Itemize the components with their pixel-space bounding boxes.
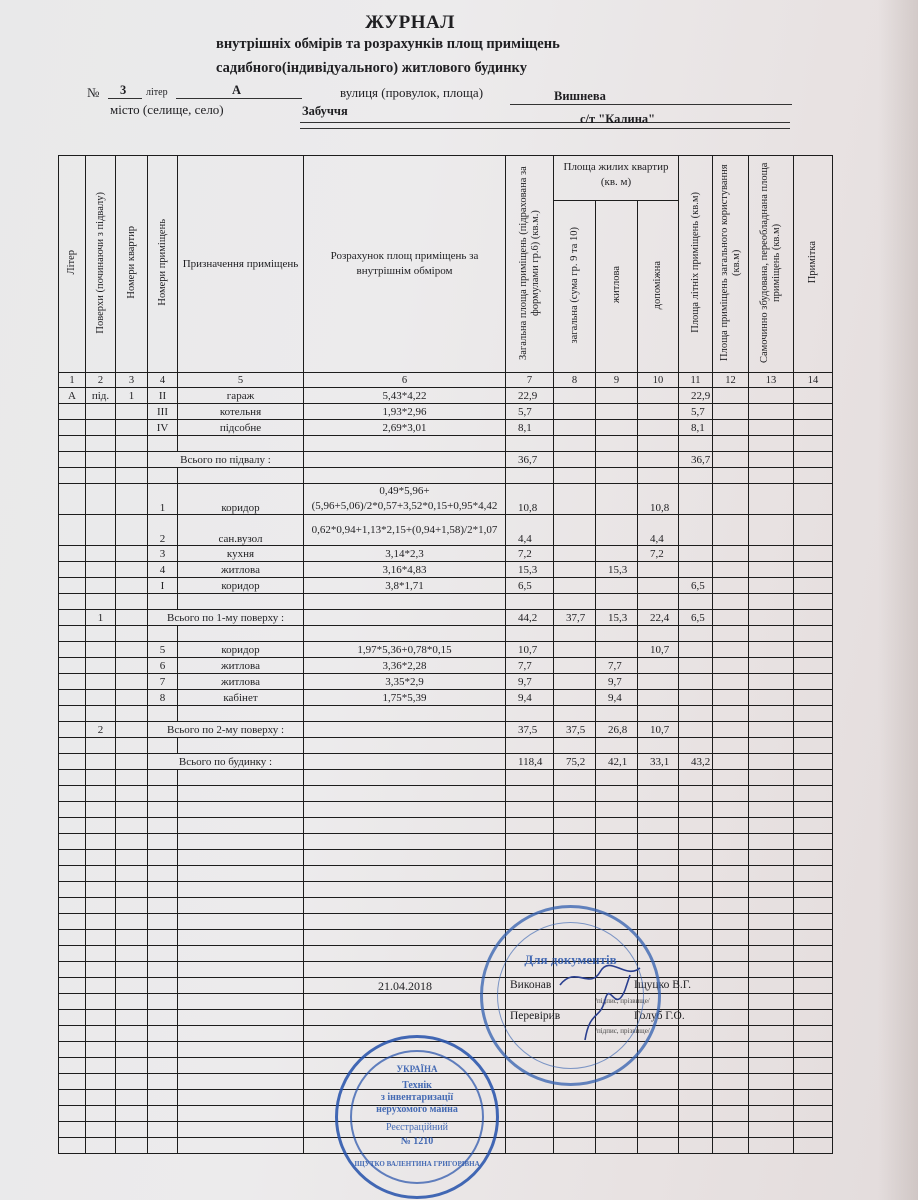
header-total-area-text: Загальна площа приміщень (підрахована за… bbox=[518, 156, 542, 371]
table-cell bbox=[116, 834, 148, 850]
table-cell bbox=[749, 1042, 794, 1058]
technician-stamp-icon: УКРАЇНА Технік з інвентаризації нерухомо… bbox=[335, 1035, 499, 1199]
table-cell bbox=[86, 706, 116, 722]
table-cell bbox=[116, 1042, 148, 1058]
table-cell bbox=[116, 722, 148, 738]
table-cell bbox=[59, 484, 86, 515]
table-cell: 6,5 bbox=[506, 578, 554, 594]
table-cell bbox=[148, 786, 178, 802]
table-cell bbox=[679, 706, 713, 722]
column-number: 11 bbox=[679, 373, 713, 388]
column-number: 2 bbox=[86, 373, 116, 388]
table-cell bbox=[794, 1010, 833, 1026]
blank-row bbox=[59, 594, 833, 610]
table-cell bbox=[178, 930, 304, 946]
column-numbers-row: 1234567891011121314 bbox=[59, 373, 833, 388]
table-cell bbox=[749, 642, 794, 658]
table-cell bbox=[749, 610, 794, 626]
table-cell bbox=[713, 1026, 749, 1042]
table-cell bbox=[86, 834, 116, 850]
table-cell bbox=[713, 786, 749, 802]
table-cell bbox=[794, 1122, 833, 1138]
table-cell: 1,75*5,39 bbox=[304, 690, 506, 706]
table-cell bbox=[554, 484, 596, 515]
table-cell bbox=[596, 1122, 638, 1138]
table-cell bbox=[638, 388, 679, 404]
table-cell bbox=[304, 436, 506, 452]
table-cell bbox=[506, 786, 554, 802]
table-cell: IV bbox=[148, 420, 178, 436]
table-cell bbox=[554, 882, 596, 898]
table-row: Апід.1IIгараж5,43*4,2222,922,9 bbox=[59, 388, 833, 404]
table-cell bbox=[794, 484, 833, 515]
table-cell bbox=[86, 1042, 116, 1058]
table-cell bbox=[554, 802, 596, 818]
street-underline bbox=[510, 104, 792, 105]
table-cell bbox=[749, 946, 794, 962]
table-cell: II bbox=[148, 388, 178, 404]
table-cell bbox=[679, 738, 713, 754]
table-cell bbox=[638, 850, 679, 866]
table-cell bbox=[304, 468, 506, 484]
table-cell bbox=[794, 562, 833, 578]
table-row: 7житлова3,35*2,99,79,7 bbox=[59, 674, 833, 690]
table-cell bbox=[713, 484, 749, 515]
table-cell bbox=[749, 674, 794, 690]
table-cell: 8,1 bbox=[506, 420, 554, 436]
stamp1-center-text: Для документів bbox=[483, 952, 658, 968]
table-cell: 10,8 bbox=[638, 484, 679, 515]
table-cell bbox=[304, 994, 506, 1010]
table-cell: 2 bbox=[86, 722, 116, 738]
table-cell bbox=[59, 594, 86, 610]
table-cell bbox=[304, 1010, 506, 1026]
table-cell bbox=[596, 436, 638, 452]
city-label: місто (селище, село) bbox=[110, 102, 224, 118]
table-cell bbox=[554, 738, 596, 754]
table-cell bbox=[596, 388, 638, 404]
table-cell bbox=[59, 658, 86, 674]
table-cell bbox=[749, 404, 794, 420]
table-cell bbox=[116, 674, 148, 690]
table-cell bbox=[148, 1026, 178, 1042]
table-cell bbox=[679, 546, 713, 562]
column-number: 3 bbox=[116, 373, 148, 388]
table-cell bbox=[794, 818, 833, 834]
table-cell bbox=[749, 1090, 794, 1106]
cooperative-underline bbox=[300, 128, 790, 129]
table-cell bbox=[116, 786, 148, 802]
table-cell bbox=[554, 674, 596, 690]
table-cell: 7,7 bbox=[506, 658, 554, 674]
table-cell bbox=[713, 1074, 749, 1090]
table-cell bbox=[148, 1074, 178, 1090]
table-cell bbox=[59, 420, 86, 436]
table-cell bbox=[679, 722, 713, 738]
header-unauthorized-text: Самочинно збудована, переобладнана площа… bbox=[759, 156, 783, 371]
table-cell bbox=[713, 546, 749, 562]
table-cell bbox=[554, 515, 596, 546]
table-cell bbox=[116, 866, 148, 882]
table-cell: 37,5 bbox=[554, 722, 596, 738]
empty-row bbox=[59, 866, 833, 882]
header-auxiliary: допоміжна bbox=[638, 201, 679, 373]
table-cell bbox=[596, 802, 638, 818]
table-cell bbox=[554, 850, 596, 866]
header-living-apartments-group: Площа жилих квартир (кв. м) bbox=[554, 156, 679, 201]
table-cell bbox=[713, 626, 749, 642]
table-cell bbox=[148, 802, 178, 818]
table-cell: 3,35*2,9 bbox=[304, 674, 506, 690]
empty-row bbox=[59, 786, 833, 802]
table-cell: 5,43*4,22 bbox=[304, 388, 506, 404]
table-cell bbox=[638, 404, 679, 420]
table-cell bbox=[554, 594, 596, 610]
table-cell bbox=[554, 1122, 596, 1138]
table-cell bbox=[86, 962, 116, 978]
stamp2-line5: Реєстраційний bbox=[338, 1122, 496, 1133]
table-cell bbox=[178, 978, 304, 994]
table-cell bbox=[794, 786, 833, 802]
table-cell bbox=[148, 850, 178, 866]
table-cell bbox=[749, 515, 794, 546]
table-cell bbox=[638, 690, 679, 706]
table-cell: 44,2 bbox=[506, 610, 554, 626]
table-cell bbox=[116, 802, 148, 818]
table-cell bbox=[679, 914, 713, 930]
table-cell bbox=[86, 1026, 116, 1042]
table-cell bbox=[713, 818, 749, 834]
table-cell bbox=[749, 994, 794, 1010]
table-cell bbox=[304, 930, 506, 946]
table-cell bbox=[638, 706, 679, 722]
table-cell bbox=[86, 674, 116, 690]
table-cell bbox=[59, 914, 86, 930]
city-underline bbox=[300, 122, 790, 123]
table-cell bbox=[554, 626, 596, 642]
table-cell bbox=[304, 962, 506, 978]
table-cell bbox=[506, 1106, 554, 1122]
table-cell bbox=[596, 1106, 638, 1122]
table-cell bbox=[749, 706, 794, 722]
table-cell bbox=[178, 1042, 304, 1058]
table-cell: 1,97*5,36+0,78*0,15 bbox=[304, 642, 506, 658]
table-cell bbox=[86, 946, 116, 962]
table-cell bbox=[713, 978, 749, 994]
table-cell bbox=[713, 1122, 749, 1138]
empty-row bbox=[59, 818, 833, 834]
table-cell bbox=[506, 818, 554, 834]
table-cell bbox=[638, 452, 679, 468]
table-cell bbox=[86, 546, 116, 562]
table-cell bbox=[596, 738, 638, 754]
table-cell bbox=[59, 562, 86, 578]
table-cell bbox=[638, 578, 679, 594]
table-cell bbox=[794, 594, 833, 610]
header-floors: Поверхи (починаючи з підвалу) bbox=[86, 156, 116, 373]
empty-row bbox=[59, 898, 833, 914]
table-row: 2сан.вузол0,62*0,94+1,13*2,15+(0,94+1,58… bbox=[59, 515, 833, 546]
table-cell bbox=[794, 946, 833, 962]
table-cell bbox=[116, 1058, 148, 1074]
table-cell bbox=[59, 674, 86, 690]
table-cell bbox=[148, 882, 178, 898]
table-cell bbox=[638, 786, 679, 802]
table-cell bbox=[116, 562, 148, 578]
table-cell bbox=[596, 578, 638, 594]
table-cell bbox=[749, 818, 794, 834]
table-cell bbox=[794, 658, 833, 674]
table-cell bbox=[794, 1090, 833, 1106]
page-edge-shadow bbox=[878, 0, 918, 1200]
table-cell bbox=[116, 914, 148, 930]
table-cell bbox=[86, 690, 116, 706]
table-cell bbox=[713, 674, 749, 690]
table-cell bbox=[116, 546, 148, 562]
stamp2-line4: нерухомого майна bbox=[338, 1104, 496, 1115]
header-living-text: житлова bbox=[611, 266, 623, 303]
table-cell bbox=[554, 404, 596, 420]
table-cell bbox=[638, 866, 679, 882]
table-cell: 43,2 bbox=[679, 754, 713, 770]
table-cell bbox=[679, 850, 713, 866]
table-cell bbox=[59, 1074, 86, 1090]
table-cell bbox=[713, 436, 749, 452]
table-cell bbox=[116, 898, 148, 914]
table-cell bbox=[638, 1106, 679, 1122]
table-cell bbox=[554, 786, 596, 802]
journal-subtitle-line1: внутрішніх обмірів та розрахунків площ п… bbox=[216, 36, 560, 53]
column-number: 14 bbox=[794, 373, 833, 388]
table-cell bbox=[554, 818, 596, 834]
table-row: IVпідсобне2,69*3,018,18,1 bbox=[59, 420, 833, 436]
table-cell bbox=[148, 626, 178, 642]
table-cell bbox=[59, 802, 86, 818]
journal-title: ЖУРНАЛ bbox=[0, 12, 820, 34]
table-cell bbox=[116, 994, 148, 1010]
table-cell bbox=[679, 898, 713, 914]
table-cell bbox=[554, 562, 596, 578]
table-cell: 5,7 bbox=[679, 404, 713, 420]
table-cell bbox=[59, 946, 86, 962]
table-cell bbox=[794, 978, 833, 994]
table-cell bbox=[713, 404, 749, 420]
column-number: 5 bbox=[178, 373, 304, 388]
table-cell bbox=[86, 626, 116, 642]
table-cell: 1 bbox=[116, 388, 148, 404]
table-cell bbox=[749, 898, 794, 914]
table-cell: котельня bbox=[178, 404, 304, 420]
table-cell bbox=[554, 546, 596, 562]
table-cell bbox=[679, 802, 713, 818]
table-cell bbox=[506, 738, 554, 754]
table-cell bbox=[59, 834, 86, 850]
column-number: 6 bbox=[304, 373, 506, 388]
table-cell bbox=[713, 1058, 749, 1074]
table-cell bbox=[679, 515, 713, 546]
table-cell: 7,2 bbox=[506, 546, 554, 562]
table-cell bbox=[749, 436, 794, 452]
table-cell bbox=[679, 962, 713, 978]
table-cell bbox=[59, 706, 86, 722]
table-cell bbox=[59, 994, 86, 1010]
table-cell: 3,14*2,3 bbox=[304, 546, 506, 562]
table-cell bbox=[596, 404, 638, 420]
table-cell bbox=[59, 1058, 86, 1074]
table-cell bbox=[86, 1010, 116, 1026]
table-cell bbox=[59, 1042, 86, 1058]
table-cell bbox=[304, 770, 506, 786]
journal-subtitle-line2: садибного(індивідуального) житлового буд… bbox=[216, 60, 527, 77]
header-apartments: Номери квартир bbox=[116, 156, 148, 373]
table-cell bbox=[713, 610, 749, 626]
table-cell bbox=[794, 1138, 833, 1154]
table-cell bbox=[148, 1106, 178, 1122]
table-cell bbox=[116, 930, 148, 946]
table-cell bbox=[679, 674, 713, 690]
table-cell bbox=[596, 866, 638, 882]
table-cell bbox=[749, 722, 794, 738]
table-cell bbox=[749, 420, 794, 436]
table-cell bbox=[713, 802, 749, 818]
table-cell bbox=[713, 834, 749, 850]
column-number: 13 bbox=[749, 373, 794, 388]
table-cell bbox=[86, 978, 116, 994]
table-cell bbox=[59, 1090, 86, 1106]
table-cell bbox=[713, 930, 749, 946]
table-cell bbox=[304, 818, 506, 834]
table-cell: житлова bbox=[178, 562, 304, 578]
table-cell bbox=[506, 866, 554, 882]
table-cell bbox=[749, 484, 794, 515]
total-label: Всього по будинку : bbox=[148, 754, 304, 770]
table-cell bbox=[794, 515, 833, 546]
table-cell bbox=[59, 610, 86, 626]
table-cell bbox=[178, 786, 304, 802]
table-cell bbox=[679, 1106, 713, 1122]
table-cell bbox=[794, 802, 833, 818]
table-cell bbox=[596, 850, 638, 866]
table-row: 5коридор1,97*5,36+0,78*0,1510,710,7 bbox=[59, 642, 833, 658]
table-cell bbox=[749, 594, 794, 610]
table-cell: 6 bbox=[148, 658, 178, 674]
table-cell bbox=[749, 578, 794, 594]
table-cell bbox=[116, 818, 148, 834]
table-cell bbox=[59, 626, 86, 642]
table-cell bbox=[86, 594, 116, 610]
table-cell bbox=[794, 898, 833, 914]
table-cell: III bbox=[148, 404, 178, 420]
table-cell bbox=[638, 626, 679, 642]
table-cell: коридор bbox=[178, 484, 304, 515]
column-number: 12 bbox=[713, 373, 749, 388]
stamp2-line1: УКРАЇНА bbox=[338, 1064, 496, 1074]
street-label: вулиця (провулок, площа) bbox=[340, 85, 483, 101]
table-cell bbox=[86, 658, 116, 674]
table-cell: 22,4 bbox=[638, 610, 679, 626]
table-cell bbox=[554, 420, 596, 436]
table-cell bbox=[679, 818, 713, 834]
table-cell bbox=[596, 786, 638, 802]
table-cell bbox=[713, 452, 749, 468]
table-cell bbox=[86, 770, 116, 786]
table-cell: 15,3 bbox=[596, 610, 638, 626]
table-cell bbox=[679, 770, 713, 786]
table-cell bbox=[86, 436, 116, 452]
table-cell bbox=[148, 930, 178, 946]
table-cell bbox=[178, 626, 304, 642]
table-row: IIIкотельня1,93*2,965,75,7 bbox=[59, 404, 833, 420]
table-cell bbox=[679, 468, 713, 484]
table-cell: 37,5 bbox=[506, 722, 554, 738]
table-cell bbox=[749, 1058, 794, 1074]
table-cell bbox=[679, 436, 713, 452]
table-cell bbox=[749, 754, 794, 770]
header-total-area: Загальна площа приміщень (підрахована за… bbox=[506, 156, 554, 373]
table-cell bbox=[713, 850, 749, 866]
table-cell bbox=[116, 962, 148, 978]
table-cell: 37,7 bbox=[554, 610, 596, 626]
table-cell bbox=[178, 1122, 304, 1138]
table-cell bbox=[116, 578, 148, 594]
table-cell bbox=[554, 770, 596, 786]
table-cell bbox=[59, 930, 86, 946]
table-row: 3кухня3,14*2,37,27,2 bbox=[59, 546, 833, 562]
header-area-calculation: Розрахунок площ приміщень за внутрішнім … bbox=[304, 156, 506, 373]
table-cell bbox=[794, 834, 833, 850]
table-cell bbox=[304, 706, 506, 722]
liter-label: літер bbox=[146, 87, 168, 98]
stamp2-name: ІЩУТКО ВАЛЕНТИНА ГРИГОРІВНА bbox=[338, 1160, 496, 1168]
table-cell bbox=[116, 690, 148, 706]
table-cell: 75,2 bbox=[554, 754, 596, 770]
table-cell: житлова bbox=[178, 658, 304, 674]
table-cell bbox=[794, 1074, 833, 1090]
table-cell bbox=[86, 452, 116, 468]
table-cell bbox=[59, 1026, 86, 1042]
table-cell bbox=[116, 706, 148, 722]
table-cell bbox=[86, 914, 116, 930]
table-cell bbox=[794, 866, 833, 882]
table-cell bbox=[638, 818, 679, 834]
table-cell bbox=[554, 690, 596, 706]
empty-row bbox=[59, 834, 833, 850]
table-cell bbox=[749, 770, 794, 786]
table-cell bbox=[749, 930, 794, 946]
table-cell bbox=[148, 468, 178, 484]
header-note-text: Примітка bbox=[807, 241, 819, 283]
empty-row bbox=[59, 978, 833, 994]
empty-row bbox=[59, 914, 833, 930]
table-cell bbox=[794, 642, 833, 658]
table-cell bbox=[148, 1042, 178, 1058]
table-cell: 4,4 bbox=[638, 515, 679, 546]
table-cell bbox=[679, 834, 713, 850]
table-cell bbox=[713, 962, 749, 978]
table-cell bbox=[749, 786, 794, 802]
table-cell bbox=[679, 594, 713, 610]
table-cell bbox=[638, 914, 679, 930]
table-cell bbox=[148, 898, 178, 914]
table-cell bbox=[679, 1074, 713, 1090]
table-cell bbox=[116, 946, 148, 962]
table-cell bbox=[749, 1106, 794, 1122]
table-cell bbox=[506, 626, 554, 642]
table-cell: 4,4 bbox=[506, 515, 554, 546]
table-cell bbox=[59, 642, 86, 658]
table-cell bbox=[178, 866, 304, 882]
table-cell bbox=[679, 866, 713, 882]
